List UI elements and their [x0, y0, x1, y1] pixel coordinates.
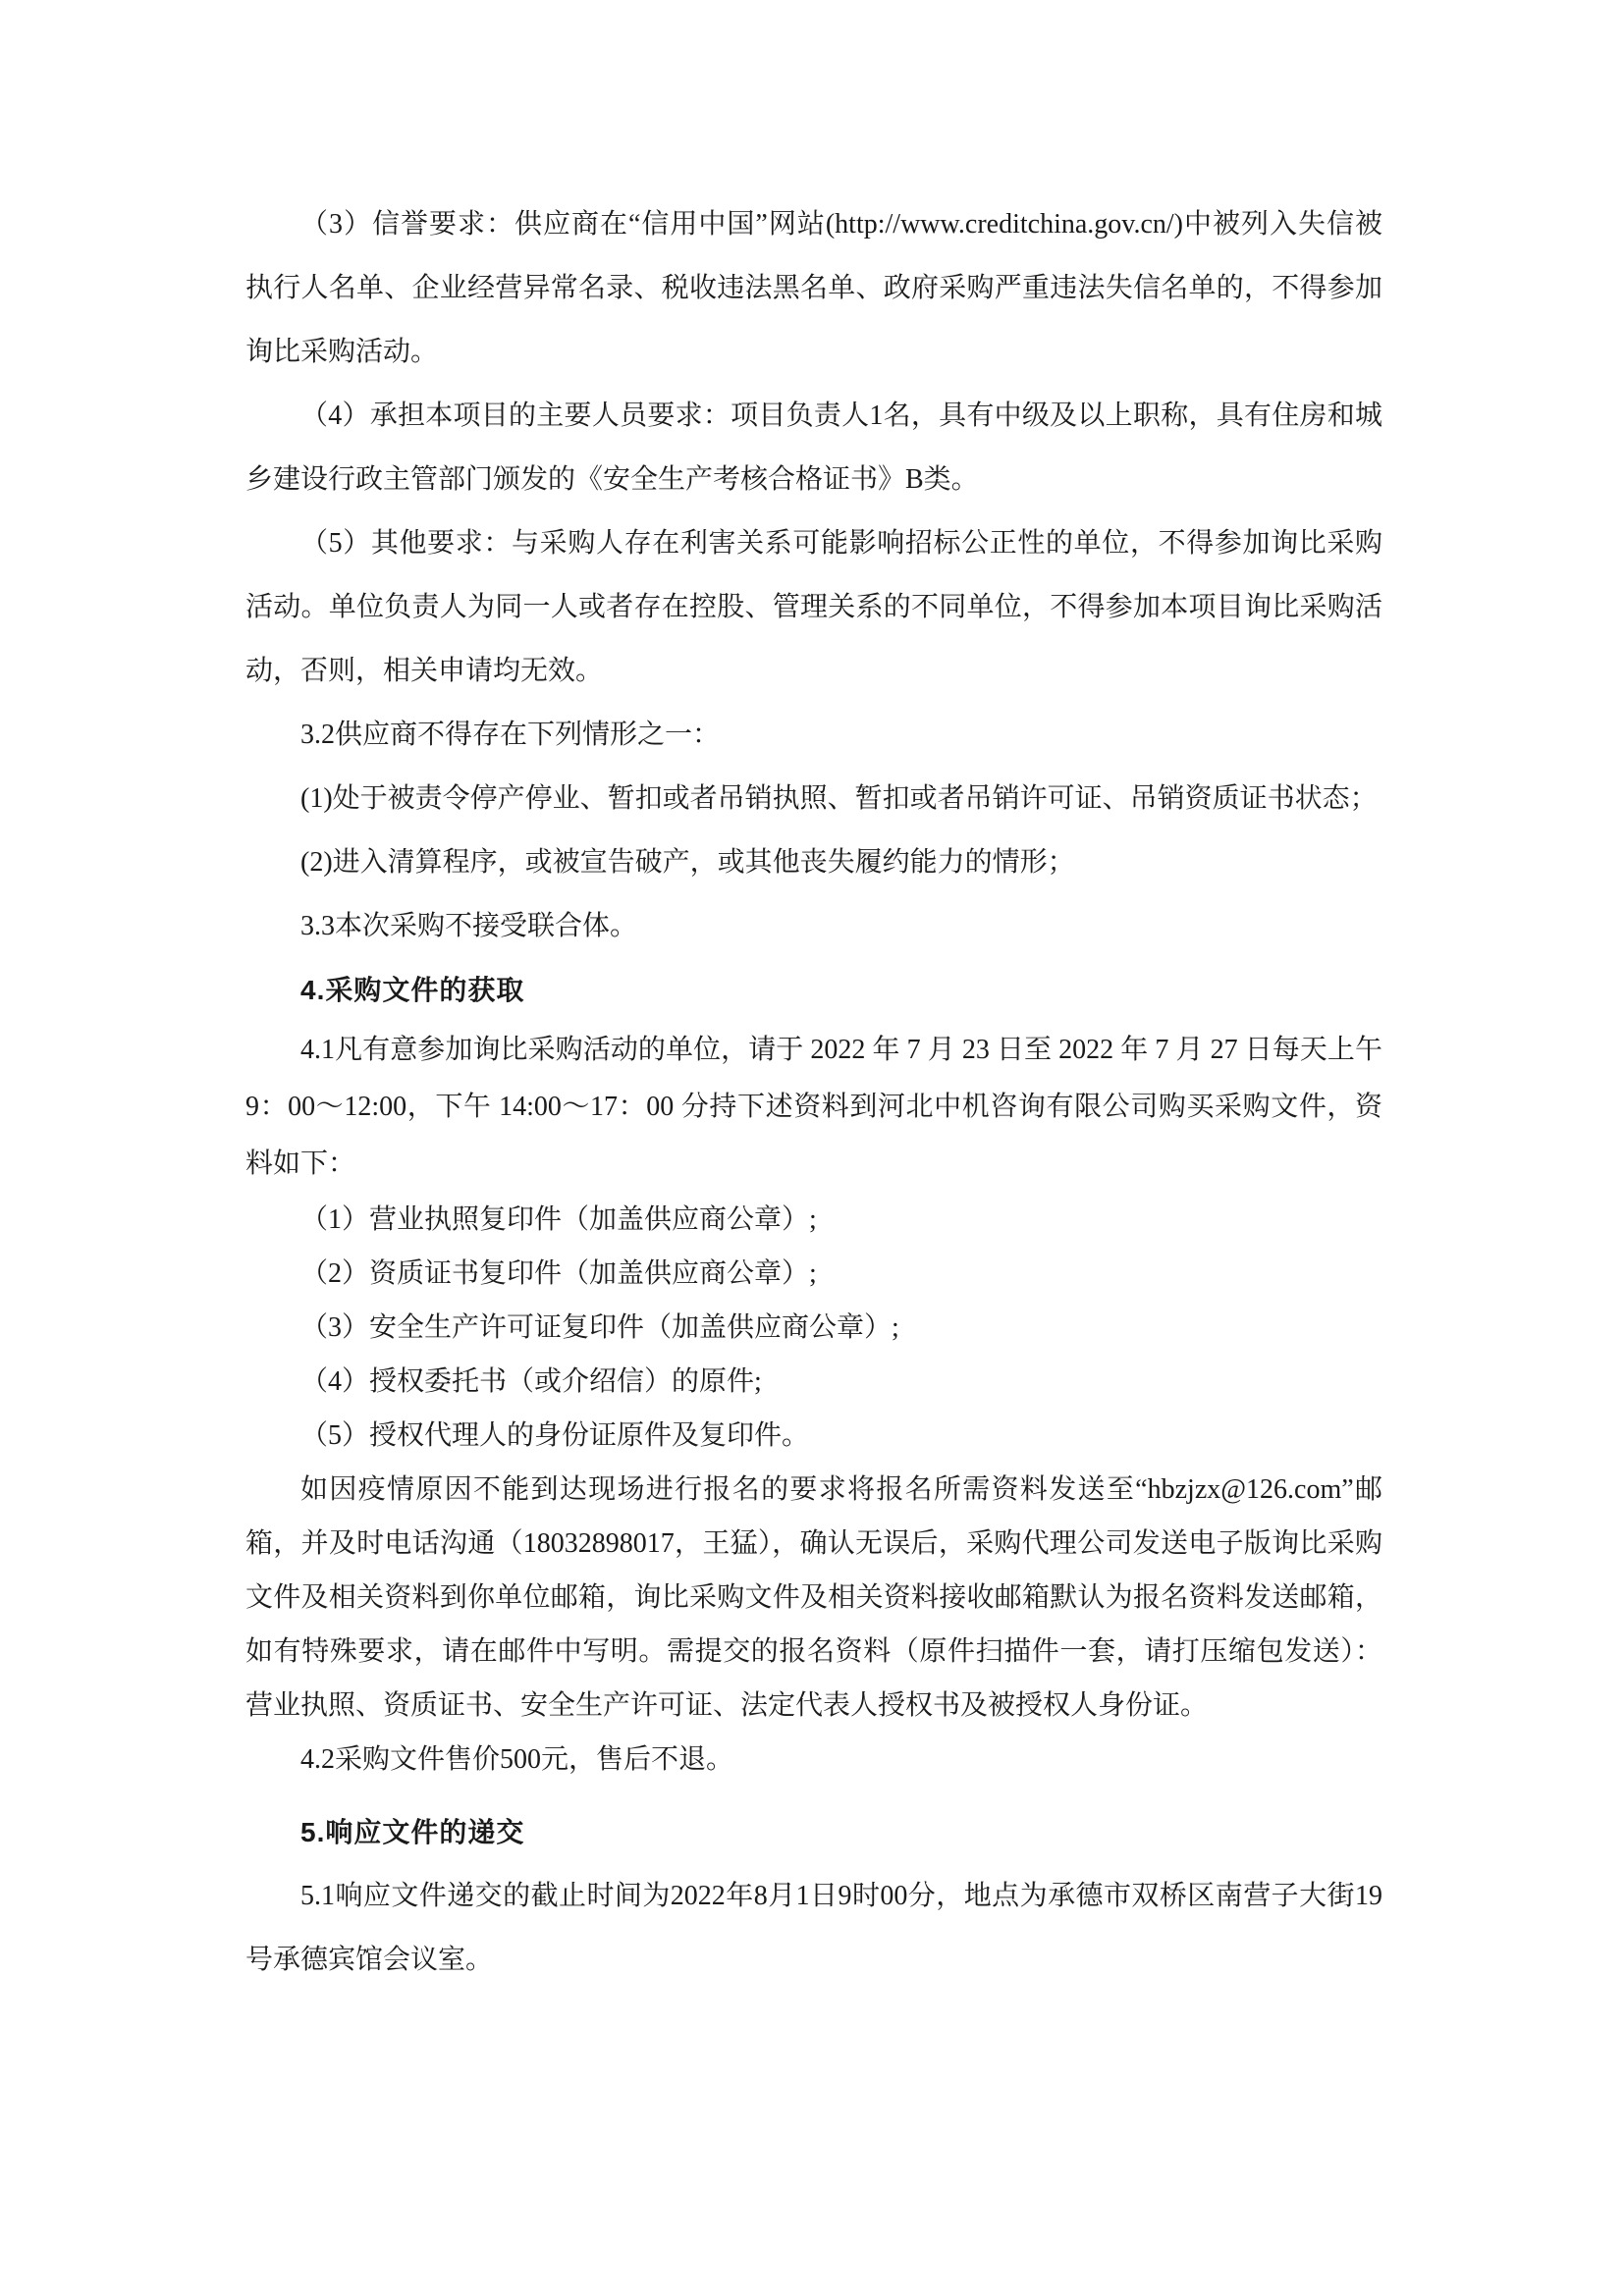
- paragraph-clause-4-1: 4.1凡有意参加询比采购活动的单位，请于 2022 年 7 月 23 日至 20…: [245, 1022, 1382, 1193]
- paragraph-clause-3-2: 3.2供应商不得存在下列情形之一：: [245, 703, 1382, 767]
- document-page: （3）信誉要求：供应商在“信用中国”网站(http://www.creditch…: [0, 0, 1624, 2296]
- list-item-qualification-certificate: （2）资质证书复印件（加盖供应商公章）;: [245, 1247, 1382, 1301]
- paragraph-clause-4-2-price: 4.2采购文件售价500元，售后不退。: [245, 1733, 1382, 1787]
- paragraph-other-requirement: （5）其他要求：与采购人存在利害关系可能影响招标公正性的单位，不得参加询比采购活…: [245, 511, 1382, 703]
- paragraph-key-personnel-requirement: （4）承担本项目的主要人员要求：项目负责人1名，具有中级及以上职称，具有住房和城…: [245, 384, 1382, 511]
- paragraph-clause-5-1-deadline: 5.1响应文件递交的截止时间为2022年8月1日9时00分，地点为承德市双桥区南…: [245, 1864, 1382, 1992]
- list-item-safety-production-license: （3）安全生产许可证复印件（加盖供应商公章）;: [245, 1301, 1382, 1355]
- list-item-agent-id: （5）授权代理人的身份证原件及复印件。: [245, 1409, 1382, 1463]
- paragraph-clause-3-2-2: (2)进入清算程序，或被宣告破产，或其他丧失履约能力的情形；: [245, 830, 1382, 894]
- section-heading-submit-response: 5.响应文件的递交: [245, 1800, 1382, 1864]
- list-item-business-license: （1）营业执照复印件（加盖供应商公章）;: [245, 1193, 1382, 1247]
- section-heading-obtain-documents: 4.采购文件的获取: [245, 958, 1382, 1022]
- paragraph-clause-3-2-1: (1)处于被责令停产停业、暂扣或者吊销执照、暂扣或者吊销许可证、吊销资质证书状态…: [245, 767, 1382, 830]
- paragraph-clause-3-3: 3.3本次采购不接受联合体。: [245, 894, 1382, 958]
- paragraph-credit-requirement: （3）信誉要求：供应商在“信用中国”网站(http://www.creditch…: [245, 192, 1382, 384]
- document-body: （3）信誉要求：供应商在“信用中国”网站(http://www.creditch…: [245, 192, 1382, 1992]
- paragraph-pandemic-notice: 如因疫情原因不能到达现场进行报名的要求将报名所需资料发送至“hbzjzx@126…: [245, 1463, 1382, 1733]
- list-item-power-of-attorney: （4）授权委托书（或介绍信）的原件;: [245, 1355, 1382, 1409]
